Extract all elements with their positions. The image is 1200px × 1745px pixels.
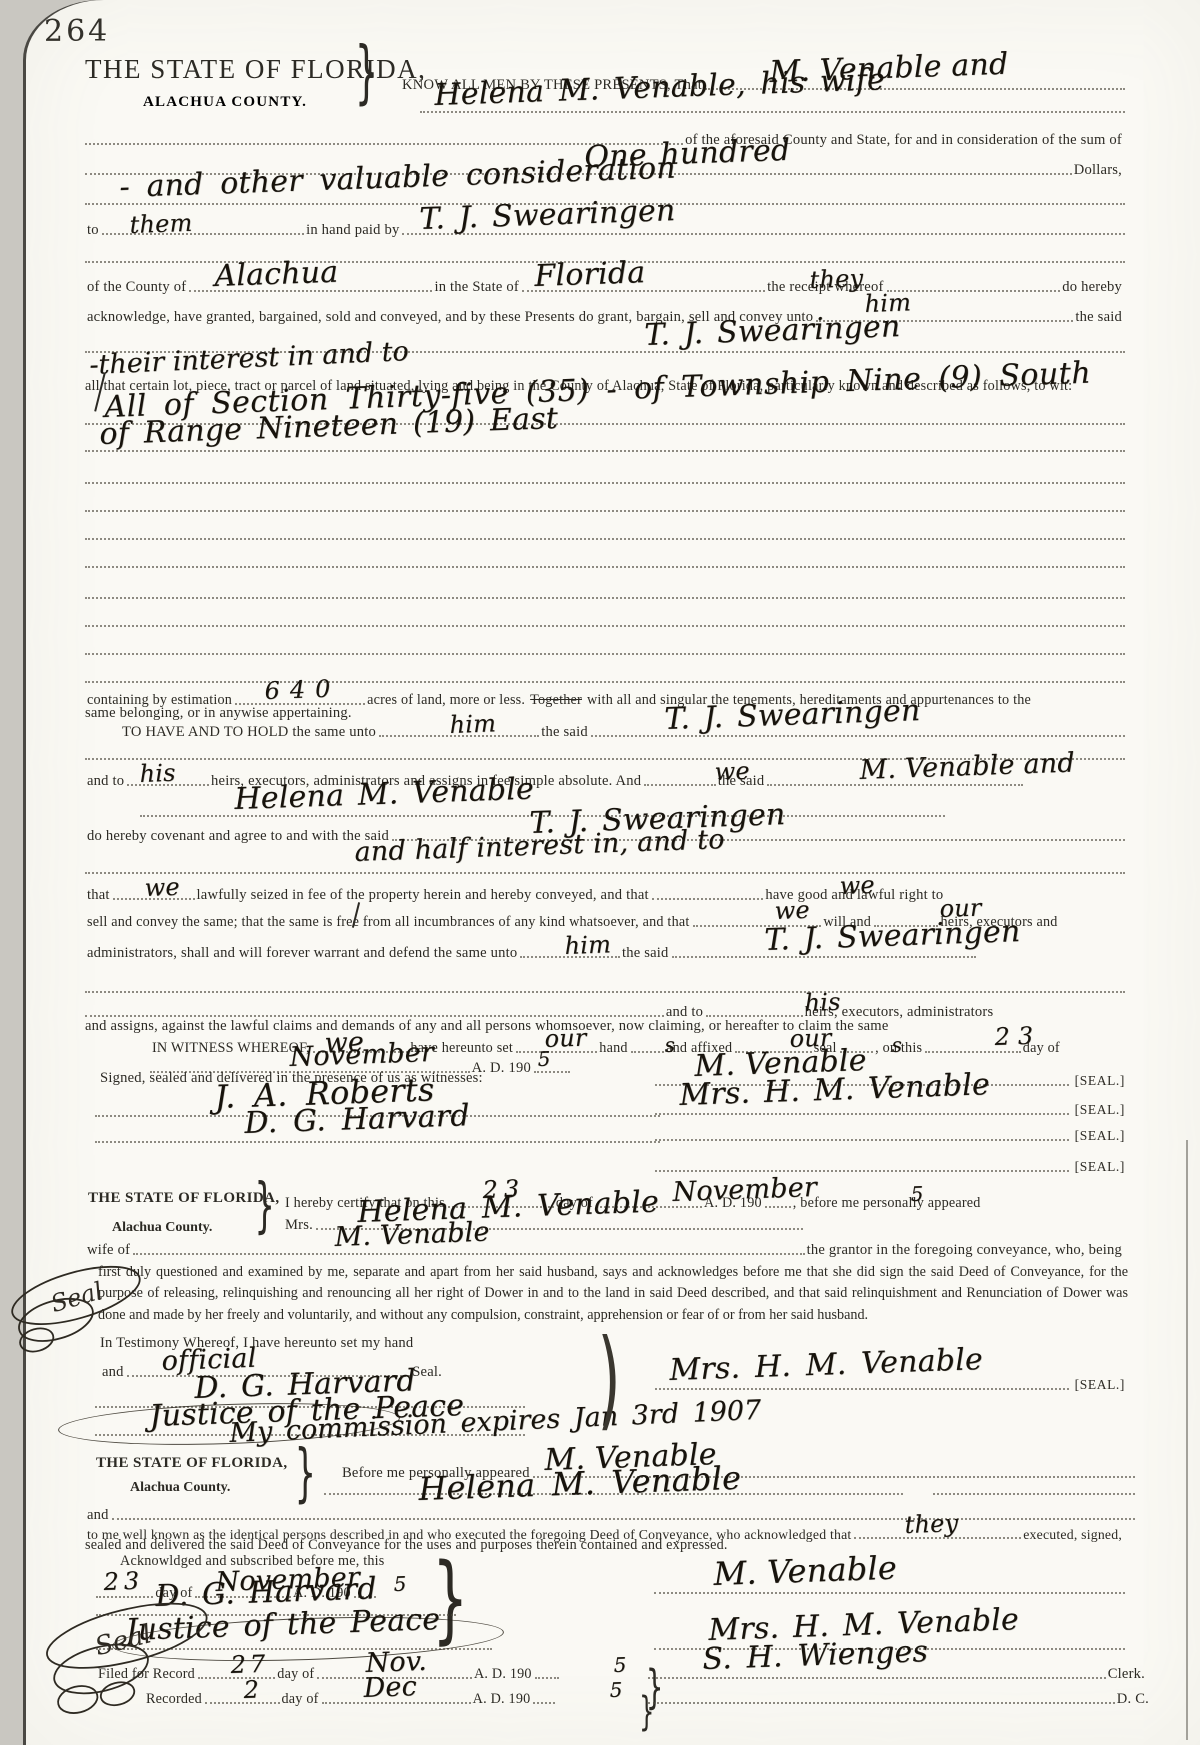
scanned-deed-page: { "page": { "number": "264" }, "glyphs":…: [0, 0, 1200, 1745]
cert2-sealed-line: sealed and delivered the said Deed of Co…: [85, 1537, 728, 1554]
hw-cert2-they: they: [904, 1511, 958, 1537]
hw-we: we: [714, 759, 750, 784]
description-line-2: of Range Nineteen (19) East: [85, 422, 1125, 452]
containing-line: containing by estimation acres of land, …: [85, 675, 1125, 705]
blank-line: [85, 510, 1125, 540]
hw-cert1-husband-name: M. Venable: [334, 1219, 490, 1251]
cert1-wife-of-line: wife of the grantor in the foregoing con…: [85, 1225, 1125, 1255]
warrant-line: administrators, shall and will forever w…: [85, 928, 1125, 958]
witness-line-2: D. G. Harvard: [95, 1113, 660, 1143]
hw-acres-value: 640: [264, 676, 341, 703]
cert1-signature-line: [SEAL.] Mrs. H. M. Venable: [655, 1360, 1125, 1390]
hw-plural-s: s: [664, 1035, 675, 1055]
hw-grantee-name: T. J. Swearingen: [419, 196, 676, 235]
cert2-known-line: to me well known as the identical person…: [85, 1509, 1125, 1539]
deputy-clerk-line: D. C.: [648, 1674, 1152, 1704]
hw-state-value: Florida: [534, 258, 646, 292]
hw-cert1-year: 5: [910, 1184, 924, 1204]
hw-we: we: [774, 898, 810, 923]
hw-month: November: [289, 1039, 434, 1071]
hw-they: they: [809, 266, 863, 292]
signature-seal-line-3: [SEAL.]: [655, 1111, 1125, 1141]
hw-his: his: [139, 761, 176, 786]
recorded-brace: }: [639, 1692, 654, 1732]
hw-cert1-signature: Mrs. H. M. Venable: [669, 1345, 983, 1386]
paid-by-line: to in hand paid by them T. J. Swearingen: [85, 205, 1125, 235]
header-brace: }: [355, 37, 378, 106]
hw-clerk-signature: S. H. Wienges: [702, 1637, 929, 1675]
hw-grantor-1: M. Venable and: [859, 750, 1075, 784]
struck-word: Together: [528, 693, 585, 708]
county-title: ALACHUA COUNTY.: [143, 94, 307, 111]
scan-edge-line: [1186, 1140, 1188, 1740]
recorded-line: Recorded day of A. D. 190 2 Dec 5: [144, 1674, 630, 1704]
blank-line: [85, 597, 1125, 627]
hw-year: 5: [537, 1049, 551, 1069]
hw-witness-2: D. G. Harvard: [244, 1101, 470, 1139]
hw-county-value: Alachua: [214, 258, 339, 292]
hw-we: we: [839, 873, 875, 898]
blank-line: [85, 538, 1125, 568]
hw-day-number: 23: [994, 1023, 1041, 1049]
deputy-clerk-label: D. C.: [1115, 1692, 1152, 1707]
blank-line: [85, 454, 1125, 484]
signature-seal-line-4: [SEAL.]: [655, 1142, 1125, 1172]
county-state-line: of the County of in the State of the rec…: [85, 262, 1125, 292]
cert1-state-title: THE STATE OF FLORIDA,: [88, 1190, 279, 1207]
blank-line: [85, 482, 1125, 512]
hw-cert2-sig-1: M. Venable: [713, 1552, 898, 1590]
hw-recorded-day: 2: [243, 1677, 259, 1702]
hw-grantee-name: T. J. Swearingen: [764, 917, 1021, 956]
hw-grantor-2: Helena M. Venable: [234, 775, 534, 815]
acknowledge-line: acknowledge, have granted, bargained, so…: [85, 292, 1125, 322]
page-number: 264: [44, 14, 110, 49]
hw-filed-year: 5: [613, 1655, 627, 1675]
hw-him: him: [564, 932, 611, 958]
blank-line: [85, 625, 1125, 655]
hw-his: his: [804, 990, 841, 1015]
seal-scrawl-mark: Seal: [0, 1256, 150, 1351]
cert2-sig1-line: M. Venable: [654, 1564, 1125, 1594]
blank-line: [85, 569, 1125, 599]
cert1-closing-paren: ): [597, 1326, 620, 1434]
heirs-admin-line: and to heirs, executors, administrators …: [85, 987, 1125, 1017]
cert2-state-title: THE STATE OF FLORIDA,: [96, 1455, 287, 1472]
hw-recorded-month: Dec: [363, 1673, 417, 1702]
date-line: A. D. 190 November 5: [150, 1043, 570, 1073]
hw-recorded-year: 5: [609, 1680, 623, 1700]
hw-signature-mrs-venable: Mrs. H. M. Venable: [679, 1070, 990, 1111]
hw-plural-s: s: [891, 1035, 902, 1055]
hw-grantee-name: T. J. Swearingen: [644, 312, 901, 351]
grantors-line-2: Helena M. Venable, his wife: [420, 83, 1125, 113]
